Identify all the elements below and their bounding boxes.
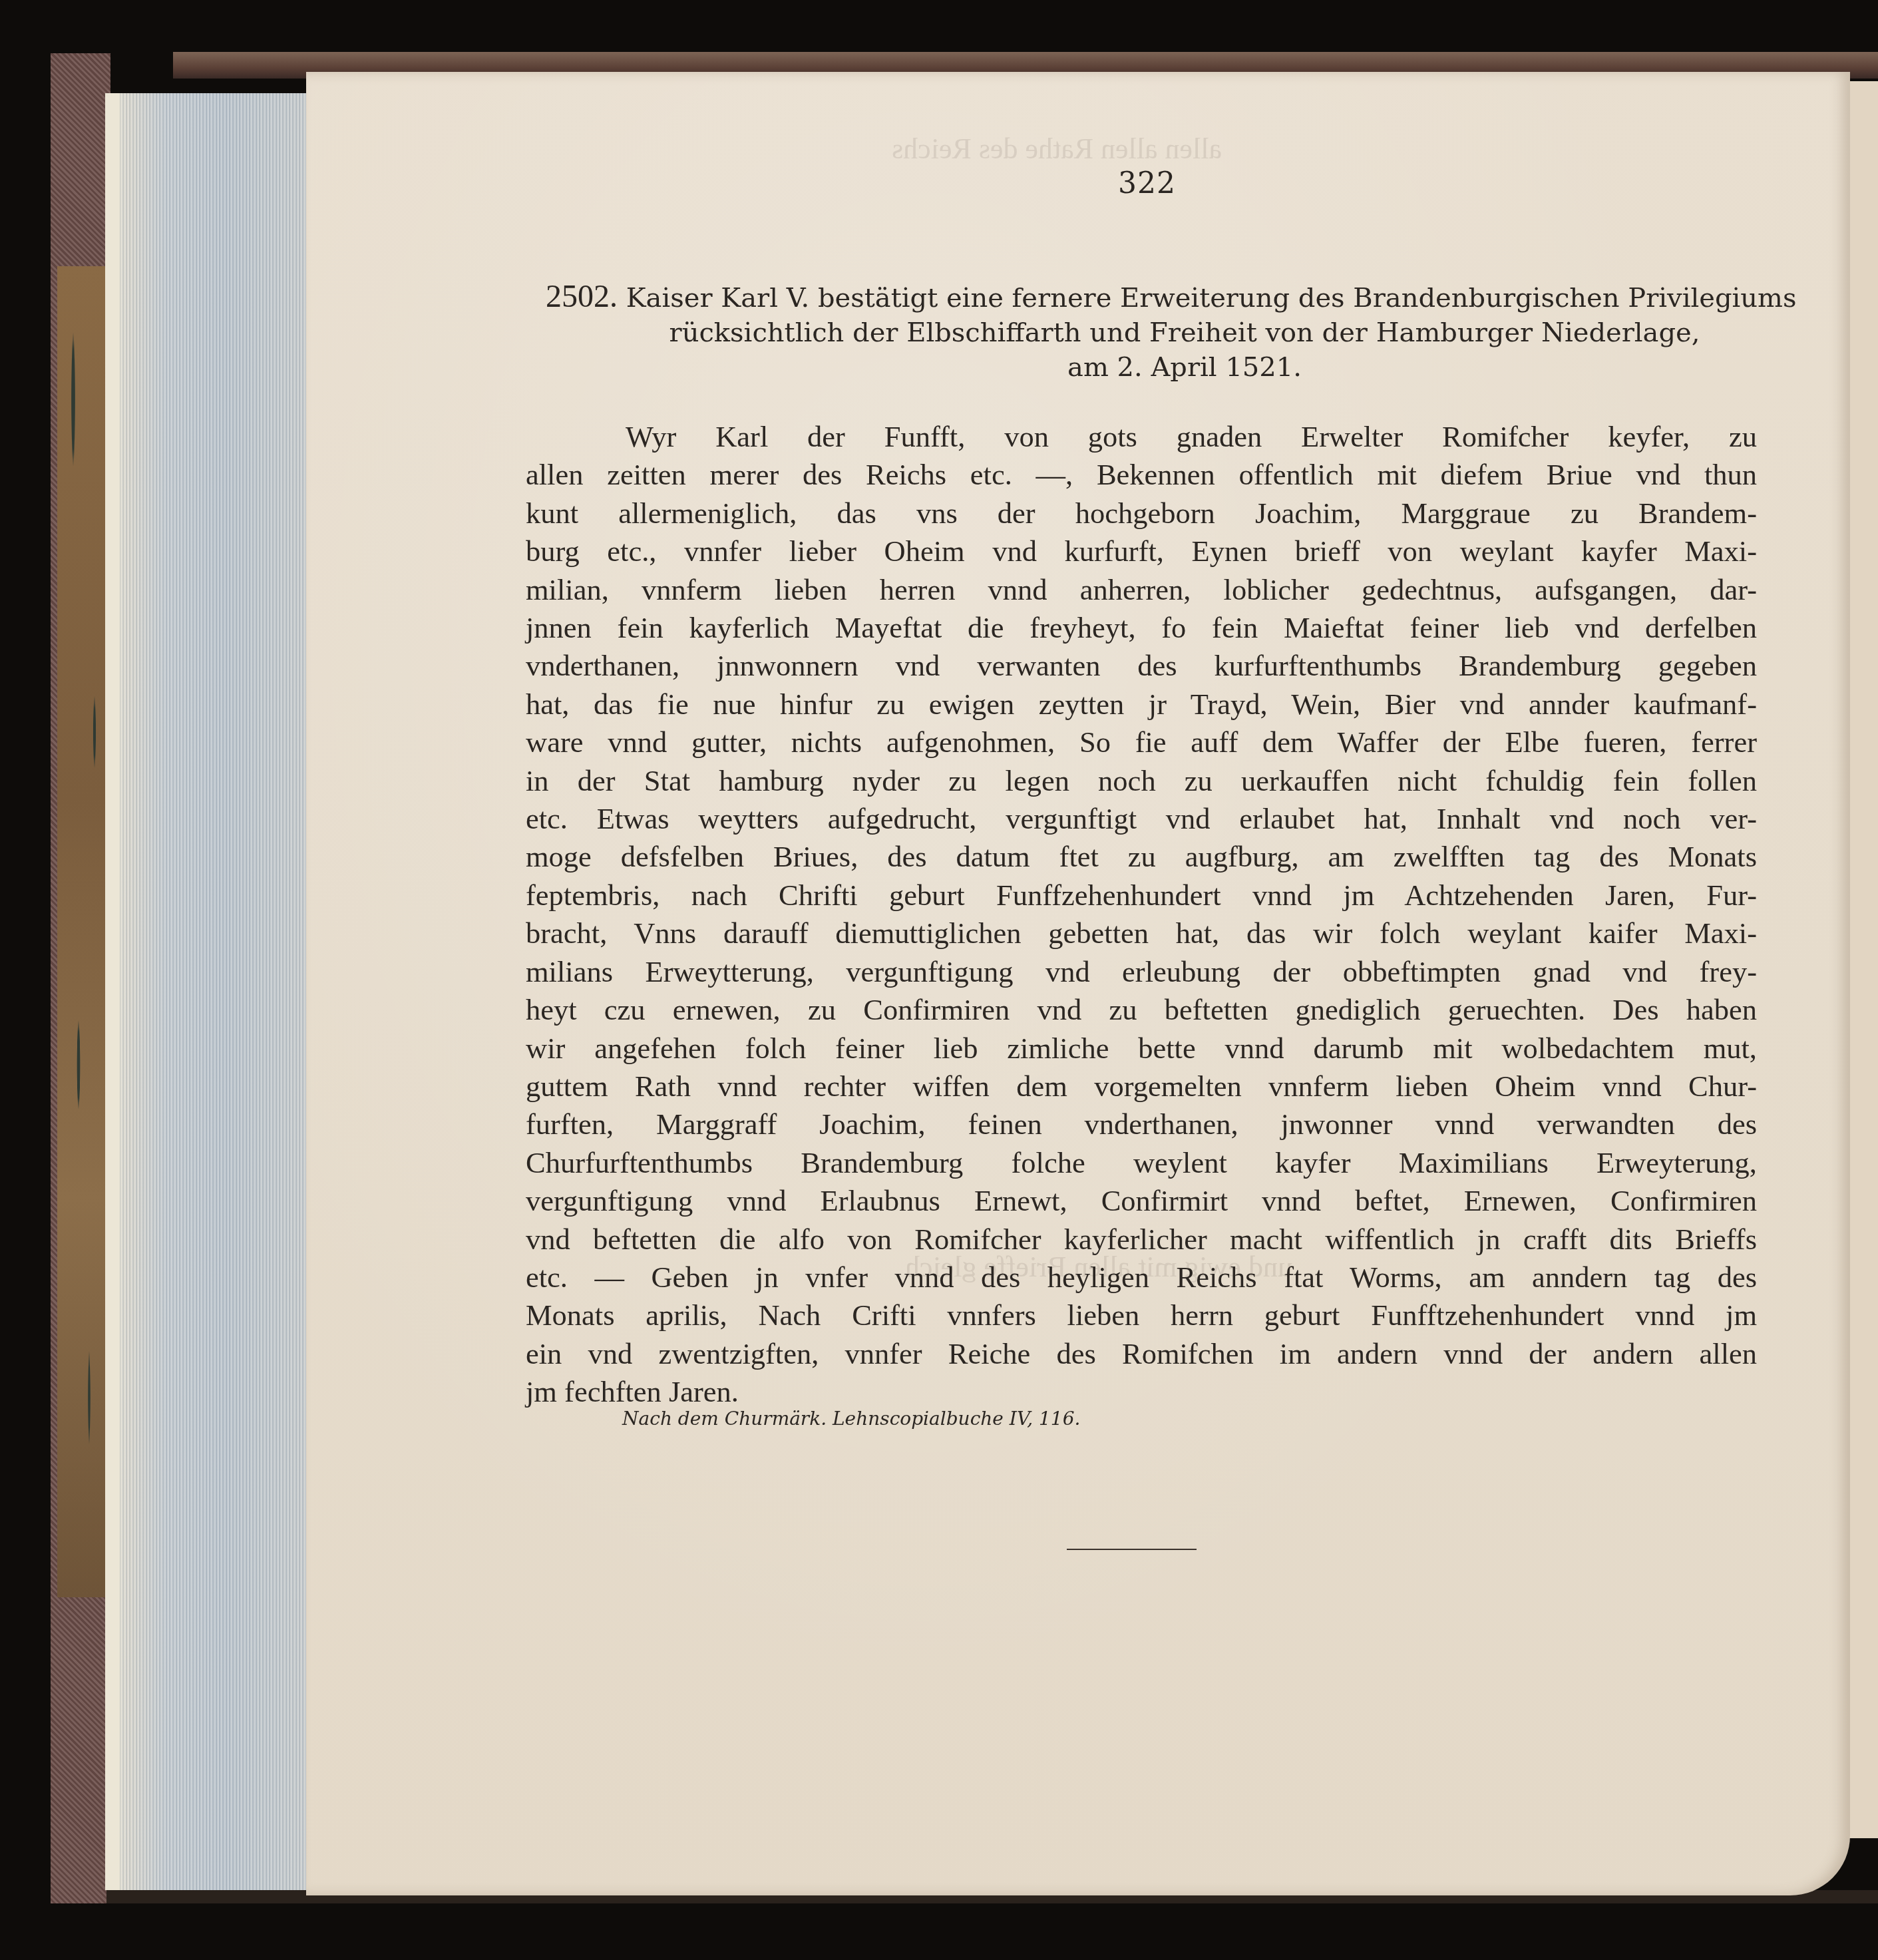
- body-line: moge defsfelben Briues, des datum ftet z…: [526, 838, 1757, 876]
- bleed-through-text: allen allen Rathe des Reichs: [892, 132, 1222, 166]
- page-number: 322: [1118, 166, 1176, 200]
- body-line: milian, vnnferm lieben herren vnnd anher…: [526, 571, 1757, 609]
- body-line: kunt allermeniglich, das vns der hochgeb…: [526, 494, 1757, 532]
- body-line: Monats aprilis, Nach Crifti vnnfers lieb…: [526, 1296, 1757, 1334]
- heading-line-2: rücksichtlich der Elbschiffarth und Frei…: [546, 315, 1797, 350]
- body-line: vergunftigung vnnd Erlaubnus Ernewt, Con…: [526, 1182, 1757, 1220]
- body-line: guttem Rath vnnd rechter wiffen dem vorg…: [526, 1068, 1757, 1105]
- body-line: etc. — Geben jn vnfer vnnd des heyligen …: [526, 1259, 1757, 1296]
- body-line: ware vnnd gutter, nichts aufgenohmen, So…: [526, 723, 1757, 761]
- document-heading: 2502. Kaiser Karl V. bestätigt eine fern…: [546, 280, 1797, 385]
- body-line: vnd beftetten die alfo von Romifcher kay…: [526, 1221, 1757, 1259]
- body-line: in der Stat hamburg nyder zu legen noch …: [526, 762, 1757, 800]
- body-line: Wyr Karl der Funfft, von gots gnaden Erw…: [526, 418, 1757, 456]
- body-line: milians Erweytterung, vergunftigung vnd …: [526, 953, 1757, 991]
- body-line: feptembris, nach Chrifti geburt Funffzeh…: [526, 877, 1757, 914]
- marbled-endpaper: [57, 266, 110, 1597]
- body-line: ein vnd zwentzigften, vnnfer Reiche des …: [526, 1335, 1757, 1373]
- section-divider: [1067, 1549, 1197, 1550]
- body-line: vnderthanen, jnnwonnern vnd verwanten de…: [526, 647, 1757, 685]
- heading-line-1: 2502. Kaiser Karl V. bestätigt eine fern…: [546, 280, 1797, 315]
- source-citation: Nach dem Churmärk. Lehnscopialbuche IV, …: [622, 1408, 1080, 1430]
- page-block-edge: [105, 93, 306, 1890]
- document-number: 2502.: [546, 279, 618, 314]
- heading-title: Kaiser Karl V. bestätigt eine fernere Er…: [626, 283, 1797, 313]
- body-line: furften, Marggraff Joachim, feinen vnder…: [526, 1105, 1757, 1143]
- document-body: Wyr Karl der Funfft, von gots gnaden Erw…: [526, 418, 1757, 1412]
- body-line: hat, das fie nue hinfur zu ewigen zeytte…: [526, 686, 1757, 723]
- body-line: wir angefehen folch feiner lieb zimliche…: [526, 1030, 1757, 1068]
- body-line: heyt czu ernewen, zu Confirmiren vnd zu …: [526, 991, 1757, 1029]
- body-line: Churfurftenthumbs Brandemburg folche wey…: [526, 1144, 1757, 1182]
- body-line: jnnen fein kayferlich Mayeftat die freyh…: [526, 609, 1757, 647]
- heading-date: am 2. April 1521.: [546, 350, 1797, 385]
- body-line: jm fechften Jaren.: [526, 1373, 1757, 1411]
- body-line: bracht, Vnns darauff diemuttiglichen geb…: [526, 914, 1757, 952]
- body-line: etc. Etwas weytters aufgedrucht, vergunf…: [526, 800, 1757, 838]
- body-line: burg etc., vnnfer lieber Oheim vnd kurfu…: [526, 532, 1757, 570]
- body-line: allen zeitten merer des Reichs etc. —, B…: [526, 456, 1757, 494]
